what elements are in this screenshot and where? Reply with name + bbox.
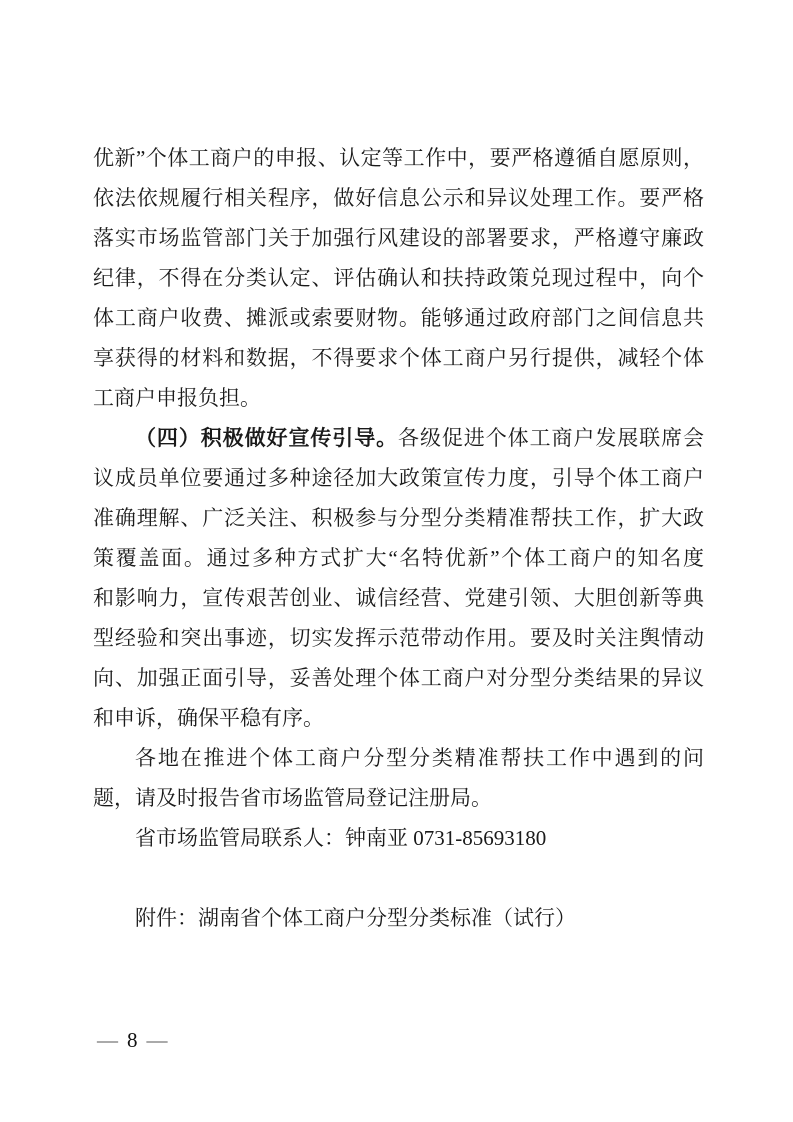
section-heading: （四）积极做好宣传引导。 bbox=[135, 426, 398, 450]
page-number-dash-right: — bbox=[147, 1028, 168, 1052]
text-line: （四）积极做好宣传引导。各级促进个体工商户发展联席会 bbox=[93, 418, 704, 458]
attachment-line: 附件：湖南省个体工商户分型分类标准（试行） bbox=[93, 898, 704, 938]
text-line: 型经验和突出事迹，切实发挥示范带动作用。要及时关注舆情动 bbox=[93, 618, 704, 658]
text-line: 题，请及时报告省市场监管局登记注册局。 bbox=[93, 778, 704, 818]
blank-line bbox=[93, 858, 704, 898]
document-page: 优新”个体工商户的申报、认定等工作中，要严格遵循自愿原则， 依法依规履行相关程序… bbox=[0, 0, 793, 1122]
text-line: 纪律，不得在分类认定、评估确认和扶持政策兑现过程中，向个 bbox=[93, 258, 704, 298]
text-line: 体工商户收费、摊派或索要财物。能够通过政府部门之间信息共 bbox=[93, 298, 704, 338]
document-body: 优新”个体工商户的申报、认定等工作中，要严格遵循自愿原则， 依法依规履行相关程序… bbox=[93, 138, 704, 938]
contact-line: 省市场监管局联系人：钟南亚 0731-85693180 bbox=[93, 818, 704, 858]
text-line: 工商户申报负担。 bbox=[93, 378, 704, 418]
text-line: 议成员单位要通过多种途径加大政策宣传力度，引导个体工商户 bbox=[93, 458, 704, 498]
text-line: 各地在推进个体工商户分型分类精准帮扶工作中遇到的问 bbox=[93, 738, 704, 778]
text-line: 和申诉，确保平稳有序。 bbox=[93, 698, 704, 738]
page-number: —8— bbox=[97, 1026, 168, 1054]
text-line: 策覆盖面。通过多种方式扩大“名特优新”个体工商户的知名度 bbox=[93, 538, 704, 578]
page-number-dash-left: — bbox=[97, 1028, 118, 1052]
text-line: 各级促进个体工商户发展联席会 bbox=[398, 426, 704, 450]
page-number-value: 8 bbox=[127, 1028, 138, 1052]
text-line: 向、加强正面引导，妥善处理个体工商户对分型分类结果的异议 bbox=[93, 658, 704, 698]
text-line: 准确理解、广泛关注、积极参与分型分类精准帮扶工作，扩大政 bbox=[93, 498, 704, 538]
text-line: 和影响力，宣传艰苦创业、诚信经营、党建引领、大胆创新等典 bbox=[93, 578, 704, 618]
text-line: 享获得的材料和数据，不得要求个体工商户另行提供，减轻个体 bbox=[93, 338, 704, 378]
text-line: 依法依规履行相关程序，做好信息公示和异议处理工作。要严格 bbox=[93, 178, 704, 218]
text-line: 优新”个体工商户的申报、认定等工作中，要严格遵循自愿原则， bbox=[93, 138, 704, 178]
text-line: 落实市场监管部门关于加强行风建设的部署要求，严格遵守廉政 bbox=[93, 218, 704, 258]
